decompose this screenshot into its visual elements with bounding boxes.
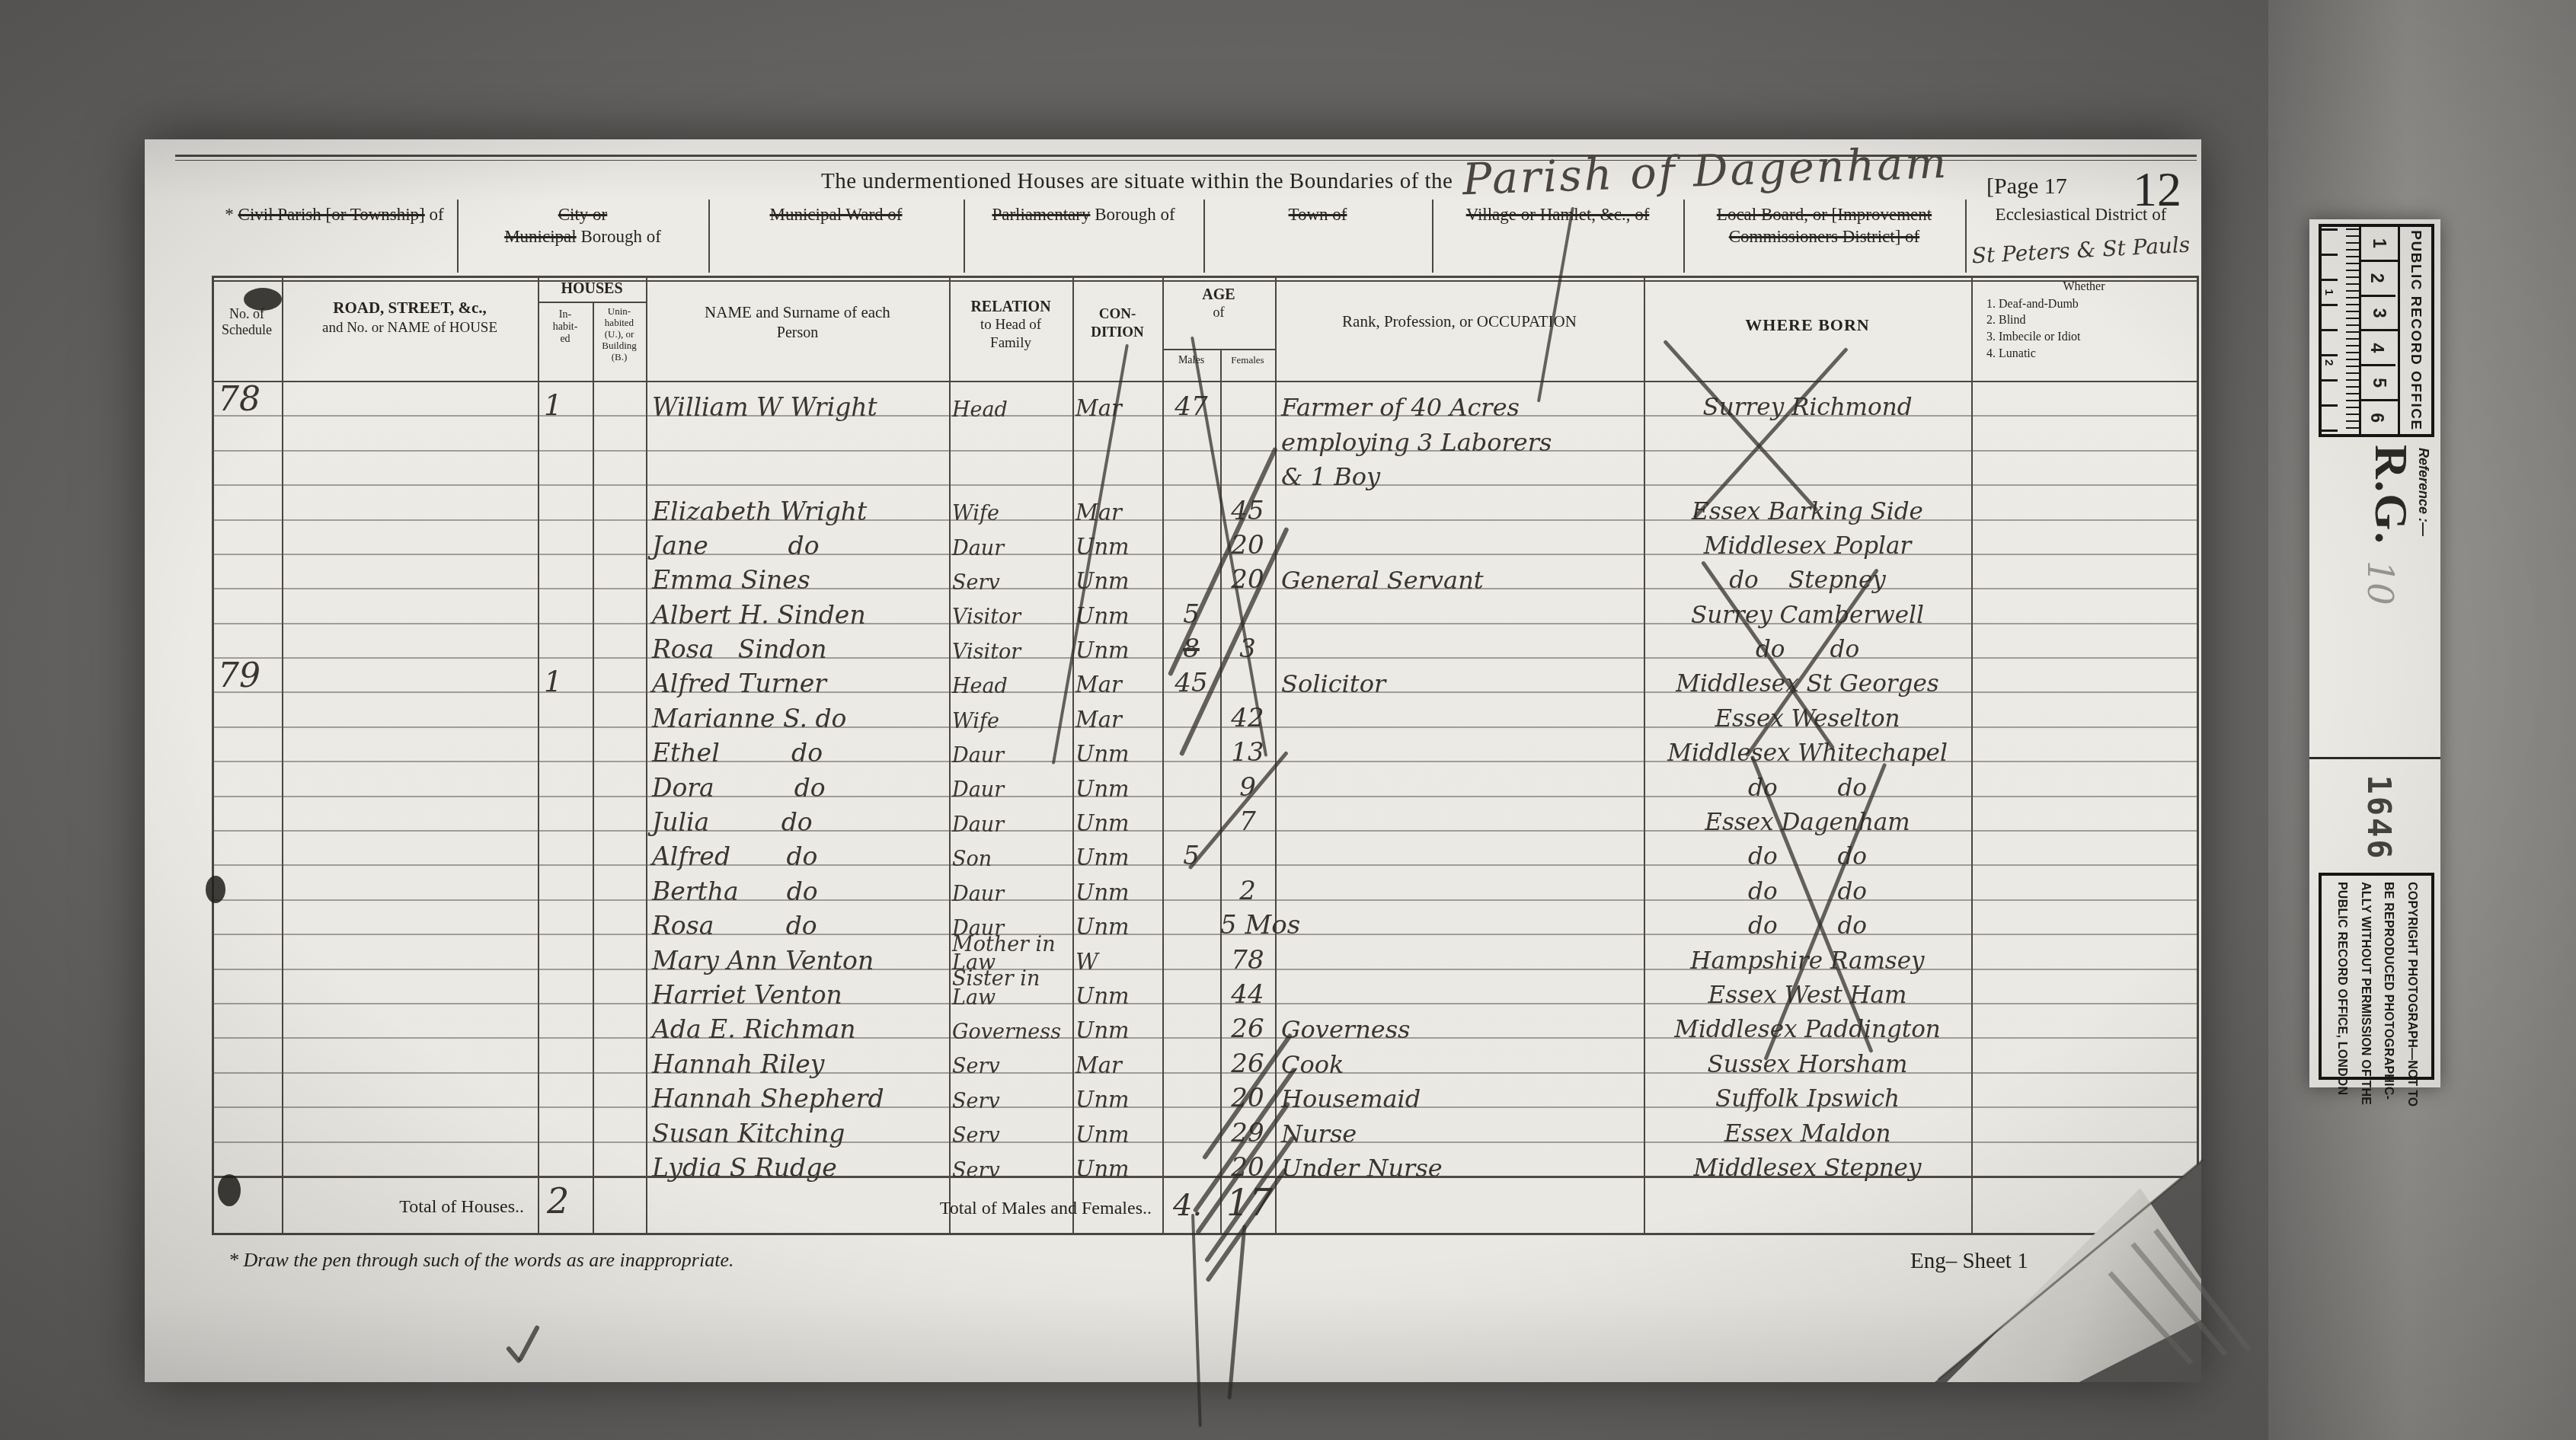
scale-number: 5 <box>2361 366 2398 401</box>
table-row: Hannah RileyServMar26CookSussex Horsham <box>212 1037 2197 1073</box>
cm-ticks <box>2346 228 2359 433</box>
table-row: Harriet VentonSister in LawUnm44Essex We… <box>212 969 2197 1004</box>
district-label: Borough of <box>1090 205 1175 224</box>
table-body: 781William W WrightHeadMar47Farmer of 40… <box>212 381 2197 1177</box>
district-box: City orMunicipal Borough of <box>457 204 708 248</box>
rule-line <box>1965 200 1967 273</box>
district-label: Town of <box>1289 205 1347 224</box>
table-row: Ada E. RichmanGovernessUnm26GovernessMid… <box>212 1003 2197 1039</box>
table-row: Emma SinesServUnm20General Servantdo Ste… <box>212 554 2197 589</box>
rule-line <box>212 276 2197 278</box>
table-row: Rosa SindonVisitorUnm83do do <box>212 623 2197 659</box>
cell-occ: Under Nurse <box>1281 1156 1642 1180</box>
sheet-label: Eng– Sheet 1 <box>1910 1249 2028 1274</box>
pro-reference-card: PUBLIC RECORD OFFICE 1 2 3 4 5 6 1 2 Ref… <box>2309 219 2440 1087</box>
footnote: * Draw the pen through such of the words… <box>229 1249 733 1272</box>
header-females: Females <box>1220 355 1275 366</box>
rule-line <box>212 1233 2197 1235</box>
total-houses-value: 2 <box>547 1180 569 1221</box>
district-label: Municipal <box>504 227 577 246</box>
table-row: Susan KitchingServUnm29NurseEssex Maldon <box>212 1106 2197 1142</box>
district-label: City or <box>558 205 608 224</box>
reference-series: R.G. <box>2363 445 2418 545</box>
table-row: Jane doDaurUnm20Middlesex Poplar <box>212 519 2197 555</box>
district-label: of <box>425 205 444 224</box>
table-row: & 1 Boy <box>212 450 2197 486</box>
district-label: * <box>225 205 238 224</box>
header-name: NAME and Surname of each <box>646 303 949 321</box>
district-label: Parliamentary <box>992 205 1090 224</box>
district-label: Borough of <box>577 227 661 246</box>
ruler-scale: 1 2 3 4 5 6 <box>2359 227 2398 434</box>
reference-piece: 10 <box>2360 560 2401 605</box>
header-whether: Whether <box>1971 280 2197 294</box>
district-label: Village or Hamlet, &c., of <box>1466 205 1650 224</box>
header-occupation: Rank, Profession, or OCCUPATION <box>1275 312 1644 330</box>
header-relation3: Family <box>949 335 1072 352</box>
district-box: Town of <box>1203 204 1432 226</box>
cell-rel: Serv <box>952 1162 1071 1180</box>
header-age2: of <box>1162 305 1275 321</box>
census-scan: The undermentioned Houses are situate wi… <box>0 0 2576 1440</box>
header-road: ROAD, STREET, &c., <box>282 299 538 317</box>
rule-line <box>538 302 646 303</box>
district-label: Ecclesiastical District of <box>1996 205 2167 224</box>
total-mf-label: Total of Males and Females.. <box>792 1199 1152 1219</box>
header-infirmity-3: 3. Imbecile or Idiot <box>1986 330 2197 344</box>
district-header-row: * Civil Parish [or Township] ofCity orMu… <box>212 200 2197 276</box>
district-label: Municipal Ward of <box>769 205 902 224</box>
scale-number: 3 <box>2361 297 2398 332</box>
district-box: Municipal Ward of <box>708 204 964 226</box>
rule-line <box>964 200 965 273</box>
district-label: Local Board, or [Improvement <box>1717 205 1932 224</box>
rule-line <box>1203 200 1205 273</box>
header-relation: RELATION <box>949 299 1072 316</box>
rule-line <box>1432 200 1433 273</box>
ruler: PUBLIC RECORD OFFICE 1 2 3 4 5 6 1 2 <box>2319 224 2434 437</box>
top-note: The undermentioned Houses are situate wi… <box>821 169 1453 194</box>
table-row: 791Alfred TurnerHeadMar45SolicitorMiddle… <box>212 657 2197 693</box>
ink-blot <box>244 288 282 311</box>
inch-ticks <box>2321 228 2338 433</box>
header-infirmity-1: 1. Deaf-and-Dumb <box>1986 297 2197 313</box>
ruler-ticks: 1 2 <box>2321 227 2359 434</box>
scale-number: 6 <box>2359 401 2395 434</box>
table-row: Elizabeth WrightWifeMar45Essex Barking S… <box>212 484 2197 520</box>
district-handwritten: St Peters & St Pauls <box>1964 231 2197 270</box>
header-males: Males <box>1162 355 1220 367</box>
inch-label: 1 <box>2322 289 2335 295</box>
header-condition2: DITION <box>1072 324 1162 341</box>
page-bracket: [Page 17 <box>1986 174 2067 200</box>
table-row: Hannah ShepherdServUnm20HousemaidSuffolk… <box>212 1072 2197 1108</box>
header-inhabited: In- habit- ed <box>538 309 593 346</box>
table-row: employing 3 Laborers <box>212 415 2197 451</box>
cell-sched: 79 <box>218 659 279 693</box>
header-infirmity-4: 4. Lunatic <box>1986 347 2197 361</box>
district-box: Local Board, or [ImprovementCommissioner… <box>1683 204 1965 248</box>
header-name2: Person <box>646 324 949 342</box>
cell-rel: Sister in Law <box>952 970 1071 1007</box>
table-row: Ethel doDaurUnm13Middlesex Whitechapel <box>212 726 2197 762</box>
reference-label: Reference :— <box>2415 448 2431 536</box>
header-age: AGE <box>1162 286 1275 304</box>
rule-line <box>1683 200 1685 273</box>
copyright-line: ALLY WITHOUT PERMISSION OF THE <box>2358 882 2372 1071</box>
ink-blot <box>218 1174 241 1206</box>
header-schedule: No. of Schedule <box>212 306 282 337</box>
rule-line <box>708 200 710 273</box>
district-label: Civil Parish [or Township] <box>238 205 425 224</box>
scale-number: 4 <box>2359 331 2395 366</box>
district-box: Village or Hamlet, &c., of <box>1432 204 1683 226</box>
table-row: Dora doDaurUnm9do do <box>212 761 2197 797</box>
header-relation2: to Head of <box>949 317 1072 334</box>
header-uninhabited: Unin- habited (U.), or Building (B.) <box>593 306 646 363</box>
scale-number: 2 <box>2359 262 2395 297</box>
rule-line <box>457 200 459 273</box>
cell-name: Lydia S Rudge <box>652 1155 946 1180</box>
rule-line <box>212 280 2197 282</box>
scale-number: 1 <box>2361 227 2398 262</box>
district-label: Commissioners District] of <box>1729 227 1919 246</box>
table-row: Mary Ann VentonMother in LawW78Hampshire… <box>212 934 2197 969</box>
rule-line <box>1162 349 1275 350</box>
district-box: Parliamentary Borough of <box>964 204 1203 226</box>
header-condition: CON- <box>1072 306 1162 323</box>
reference-number: 1646 <box>2360 769 2398 867</box>
table-row: Bertha doDaurUnm2do do <box>212 864 2197 900</box>
copyright-box: COPYRIGHT PHOTOGRAPH—NOT TO BE REPRODUCE… <box>2319 873 2434 1080</box>
district-box: * Civil Parish [or Township] of <box>212 204 457 226</box>
header-houses: HOUSES <box>538 280 646 298</box>
card-divider <box>2309 757 2440 759</box>
total-houses-label: Total of Houses.. <box>320 1197 524 1218</box>
cell-born: Middlesex Stepney <box>1645 1157 1970 1180</box>
copyright-line: BE REPRODUCED PHOTOGRAPHIC- <box>2381 882 2395 1071</box>
table-row: Rosa doDaurUnm5 Mosdo do <box>212 899 2197 935</box>
cell-sched: 78 <box>218 383 279 417</box>
district-box: Ecclesiastical District ofSt Peters & St… <box>1965 204 2197 263</box>
cell-cond: Unm <box>1075 1158 1161 1180</box>
rule-line <box>2197 276 2199 1235</box>
header-born: WHERE BORN <box>1644 315 1971 334</box>
ink-blot <box>206 876 225 903</box>
copyright-line: COPYRIGHT PHOTOGRAPH—NOT TO <box>2405 882 2418 1071</box>
inch-label: 2 <box>2322 359 2335 366</box>
header-road2: and No. or NAME of HOUSE <box>282 320 538 337</box>
copyright-line: PUBLIC RECORD OFFICE, LONDON <box>2335 882 2348 1071</box>
header-infirmity-2: 2. Blind <box>1986 314 2197 327</box>
pro-office-label: PUBLIC RECORD OFFICE <box>2398 227 2431 434</box>
table-row: Julia doDaurUnm7Essex Dagenham <box>212 796 2197 832</box>
